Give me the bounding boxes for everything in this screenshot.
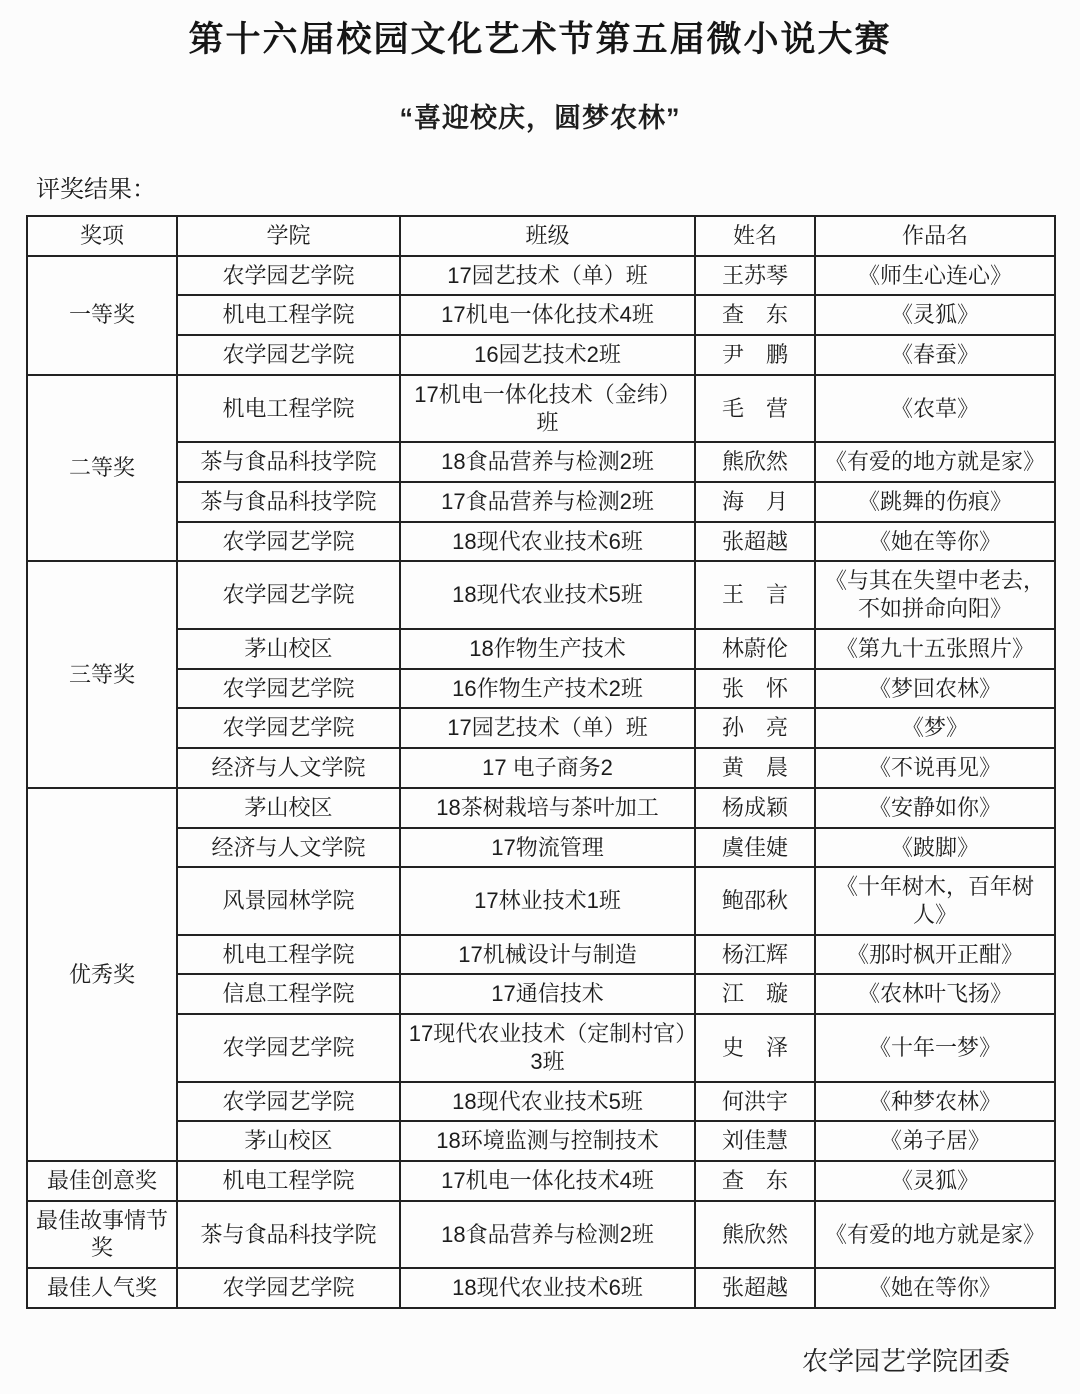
name-cell: 何洪宇 bbox=[695, 1082, 815, 1122]
name-cell: 刘佳慧 bbox=[695, 1121, 815, 1161]
name-cell: 史 泽 bbox=[695, 1014, 815, 1081]
class-cell: 17园艺技术（单）班 bbox=[400, 256, 695, 296]
class-cell: 18现代农业技术5班 bbox=[400, 561, 695, 628]
table-row: 农学园艺学院18现代农业技术5班何洪宇《种梦农林》 bbox=[27, 1082, 1055, 1122]
name-cell: 毛 营 bbox=[695, 375, 815, 442]
table-row: 农学园艺学院17现代农业技术（定制村官）3班史 泽《十年一梦》 bbox=[27, 1014, 1055, 1081]
document-page: 第十六届校园文化艺术节第五届微小说大赛 “喜迎校庆，圆梦农林” 评奖结果： 奖项… bbox=[0, 0, 1080, 1394]
work-cell: 《十年一梦》 bbox=[815, 1014, 1055, 1081]
work-cell: 《师生心连心》 bbox=[815, 256, 1055, 296]
college-cell: 农学园艺学院 bbox=[177, 522, 400, 562]
class-cell: 17园艺技术（单）班 bbox=[400, 708, 695, 748]
college-cell: 经济与人文学院 bbox=[177, 828, 400, 868]
college-cell: 农学园艺学院 bbox=[177, 1014, 400, 1081]
class-cell: 17机械设计与制造 bbox=[400, 935, 695, 975]
college-cell: 农学园艺学院 bbox=[177, 1082, 400, 1122]
work-cell: 《种梦农林》 bbox=[815, 1082, 1055, 1122]
college-cell: 机电工程学院 bbox=[177, 375, 400, 442]
work-cell: 《农林叶飞扬》 bbox=[815, 974, 1055, 1014]
table-row: 茅山校区18环境监测与控制技术刘佳慧《弟子居》 bbox=[27, 1121, 1055, 1161]
header-work: 作品名 bbox=[815, 216, 1055, 256]
page-title: 第十六届校园文化艺术节第五届微小说大赛 bbox=[0, 0, 1080, 62]
table-row: 三等奖农学园艺学院18现代农业技术5班王 言《与其在失望中老去，不如拼命向阳》 bbox=[27, 561, 1055, 628]
class-cell: 17林业技术1班 bbox=[400, 867, 695, 934]
college-cell: 茅山校区 bbox=[177, 788, 400, 828]
class-cell: 16园艺技术2班 bbox=[400, 335, 695, 375]
table-row: 最佳故事情节奖茶与食品科技学院18食品营养与检测2班熊欣然《有爱的地方就是家》 bbox=[27, 1201, 1055, 1268]
header-name: 姓名 bbox=[695, 216, 815, 256]
work-cell: 《与其在失望中老去，不如拼命向阳》 bbox=[815, 561, 1055, 628]
class-cell: 18现代农业技术6班 bbox=[400, 522, 695, 562]
work-cell: 《梦》 bbox=[815, 708, 1055, 748]
table-row: 茶与食品科技学院18食品营养与检测2班熊欣然《有爱的地方就是家》 bbox=[27, 442, 1055, 482]
class-cell: 18茶树栽培与茶叶加工 bbox=[400, 788, 695, 828]
work-cell: 《那时枫开正酣》 bbox=[815, 935, 1055, 975]
page-subtitle: “喜迎校庆，圆梦农林” bbox=[0, 96, 1080, 135]
header-award: 奖项 bbox=[27, 216, 177, 256]
class-cell: 17物流管理 bbox=[400, 828, 695, 868]
table-row: 最佳创意奖机电工程学院17机电一体化技术4班查 东《灵狐》 bbox=[27, 1161, 1055, 1201]
work-cell: 《梦回农林》 bbox=[815, 669, 1055, 709]
table-row: 农学园艺学院17园艺技术（单）班孙 亮《梦》 bbox=[27, 708, 1055, 748]
award-cell: 最佳创意奖 bbox=[27, 1161, 177, 1201]
award-cell: 最佳人气奖 bbox=[27, 1268, 177, 1308]
footer-signature: 农学园艺学院团委 bbox=[0, 1341, 1010, 1378]
section-label: 评奖结果： bbox=[36, 169, 1080, 204]
name-cell: 尹 鹏 bbox=[695, 335, 815, 375]
college-cell: 茶与食品科技学院 bbox=[177, 482, 400, 522]
college-cell: 茅山校区 bbox=[177, 629, 400, 669]
name-cell: 黄 晨 bbox=[695, 748, 815, 788]
work-cell: 《她在等你》 bbox=[815, 522, 1055, 562]
awards-table-body: 一等奖农学园艺学院17园艺技术（单）班王苏琴《师生心连心》机电工程学院17机电一… bbox=[27, 256, 1055, 1308]
header-college: 学院 bbox=[177, 216, 400, 256]
table-row: 机电工程学院17机电一体化技术4班查 东《灵狐》 bbox=[27, 295, 1055, 335]
name-cell: 王 言 bbox=[695, 561, 815, 628]
award-cell: 二等奖 bbox=[27, 375, 177, 562]
college-cell: 信息工程学院 bbox=[177, 974, 400, 1014]
table-row: 风景园林学院17林业技术1班鲍邵秋《十年树木，百年树人》 bbox=[27, 867, 1055, 934]
class-cell: 17通信技术 bbox=[400, 974, 695, 1014]
table-row: 茅山校区18作物生产技术林蔚伦《第九十五张照片》 bbox=[27, 629, 1055, 669]
table-row: 一等奖农学园艺学院17园艺技术（单）班王苏琴《师生心连心》 bbox=[27, 256, 1055, 296]
name-cell: 熊欣然 bbox=[695, 1201, 815, 1268]
name-cell: 林蔚伦 bbox=[695, 629, 815, 669]
college-cell: 农学园艺学院 bbox=[177, 335, 400, 375]
table-row: 二等奖机电工程学院17机电一体化技术（金纬）班毛 营《农草》 bbox=[27, 375, 1055, 442]
college-cell: 经济与人文学院 bbox=[177, 748, 400, 788]
class-cell: 17机电一体化技术4班 bbox=[400, 1161, 695, 1201]
class-cell: 18作物生产技术 bbox=[400, 629, 695, 669]
class-cell: 17食品营养与检测2班 bbox=[400, 482, 695, 522]
class-cell: 17机电一体化技术（金纬）班 bbox=[400, 375, 695, 442]
award-cell: 一等奖 bbox=[27, 256, 177, 375]
college-cell: 茅山校区 bbox=[177, 1121, 400, 1161]
work-cell: 《农草》 bbox=[815, 375, 1055, 442]
college-cell: 机电工程学院 bbox=[177, 935, 400, 975]
table-header-row: 奖项 学院 班级 姓名 作品名 bbox=[27, 216, 1055, 256]
table-row: 最佳人气奖农学园艺学院18现代农业技术6班张超越《她在等你》 bbox=[27, 1268, 1055, 1308]
work-cell: 《不说再见》 bbox=[815, 748, 1055, 788]
name-cell: 杨成颖 bbox=[695, 788, 815, 828]
work-cell: 《跳舞的伤痕》 bbox=[815, 482, 1055, 522]
name-cell: 王苏琴 bbox=[695, 256, 815, 296]
class-cell: 17 电子商务2 bbox=[400, 748, 695, 788]
award-cell: 优秀奖 bbox=[27, 788, 177, 1161]
table-row: 农学园艺学院16园艺技术2班尹 鹏《春蚕》 bbox=[27, 335, 1055, 375]
college-cell: 茶与食品科技学院 bbox=[177, 442, 400, 482]
award-cell: 三等奖 bbox=[27, 561, 177, 787]
class-cell: 18现代农业技术5班 bbox=[400, 1082, 695, 1122]
college-cell: 农学园艺学院 bbox=[177, 669, 400, 709]
work-cell: 《有爱的地方就是家》 bbox=[815, 442, 1055, 482]
college-cell: 机电工程学院 bbox=[177, 1161, 400, 1201]
name-cell: 张 怀 bbox=[695, 669, 815, 709]
awards-table: 奖项 学院 班级 姓名 作品名 一等奖农学园艺学院17园艺技术（单）班王苏琴《师… bbox=[26, 215, 1056, 1309]
name-cell: 杨江辉 bbox=[695, 935, 815, 975]
name-cell: 鲍邵秋 bbox=[695, 867, 815, 934]
class-cell: 18食品营养与检测2班 bbox=[400, 442, 695, 482]
college-cell: 机电工程学院 bbox=[177, 295, 400, 335]
name-cell: 孙 亮 bbox=[695, 708, 815, 748]
table-row: 优秀奖茅山校区18茶树栽培与茶叶加工杨成颖《安静如你》 bbox=[27, 788, 1055, 828]
class-cell: 18现代农业技术6班 bbox=[400, 1268, 695, 1308]
award-cell: 最佳故事情节奖 bbox=[27, 1201, 177, 1268]
work-cell: 《春蚕》 bbox=[815, 335, 1055, 375]
college-cell: 农学园艺学院 bbox=[177, 256, 400, 296]
table-row: 经济与人文学院17 电子商务2黄 晨《不说再见》 bbox=[27, 748, 1055, 788]
work-cell: 《弟子居》 bbox=[815, 1121, 1055, 1161]
name-cell: 熊欣然 bbox=[695, 442, 815, 482]
header-class: 班级 bbox=[400, 216, 695, 256]
college-cell: 农学园艺学院 bbox=[177, 708, 400, 748]
name-cell: 江 璇 bbox=[695, 974, 815, 1014]
college-cell: 风景园林学院 bbox=[177, 867, 400, 934]
work-cell: 《十年树木，百年树人》 bbox=[815, 867, 1055, 934]
name-cell: 虞佳婕 bbox=[695, 828, 815, 868]
name-cell: 查 东 bbox=[695, 1161, 815, 1201]
class-cell: 17机电一体化技术4班 bbox=[400, 295, 695, 335]
table-row: 农学园艺学院16作物生产技术2班张 怀《梦回农林》 bbox=[27, 669, 1055, 709]
college-cell: 农学园艺学院 bbox=[177, 1268, 400, 1308]
name-cell: 海 月 bbox=[695, 482, 815, 522]
college-cell: 茶与食品科技学院 bbox=[177, 1201, 400, 1268]
work-cell: 《她在等你》 bbox=[815, 1268, 1055, 1308]
name-cell: 查 东 bbox=[695, 295, 815, 335]
college-cell: 农学园艺学院 bbox=[177, 561, 400, 628]
table-row: 机电工程学院17机械设计与制造杨江辉《那时枫开正酣》 bbox=[27, 935, 1055, 975]
class-cell: 17现代农业技术（定制村官）3班 bbox=[400, 1014, 695, 1081]
work-cell: 《灵狐》 bbox=[815, 295, 1055, 335]
table-row: 茶与食品科技学院17食品营养与检测2班海 月《跳舞的伤痕》 bbox=[27, 482, 1055, 522]
work-cell: 《有爱的地方就是家》 bbox=[815, 1201, 1055, 1268]
table-row: 经济与人文学院17物流管理虞佳婕《跛脚》 bbox=[27, 828, 1055, 868]
name-cell: 张超越 bbox=[695, 1268, 815, 1308]
class-cell: 16作物生产技术2班 bbox=[400, 669, 695, 709]
class-cell: 18食品营养与检测2班 bbox=[400, 1201, 695, 1268]
table-row: 农学园艺学院18现代农业技术6班张超越《她在等你》 bbox=[27, 522, 1055, 562]
work-cell: 《第九十五张照片》 bbox=[815, 629, 1055, 669]
class-cell: 18环境监测与控制技术 bbox=[400, 1121, 695, 1161]
work-cell: 《跛脚》 bbox=[815, 828, 1055, 868]
work-cell: 《灵狐》 bbox=[815, 1161, 1055, 1201]
table-row: 信息工程学院17通信技术江 璇《农林叶飞扬》 bbox=[27, 974, 1055, 1014]
work-cell: 《安静如你》 bbox=[815, 788, 1055, 828]
name-cell: 张超越 bbox=[695, 522, 815, 562]
